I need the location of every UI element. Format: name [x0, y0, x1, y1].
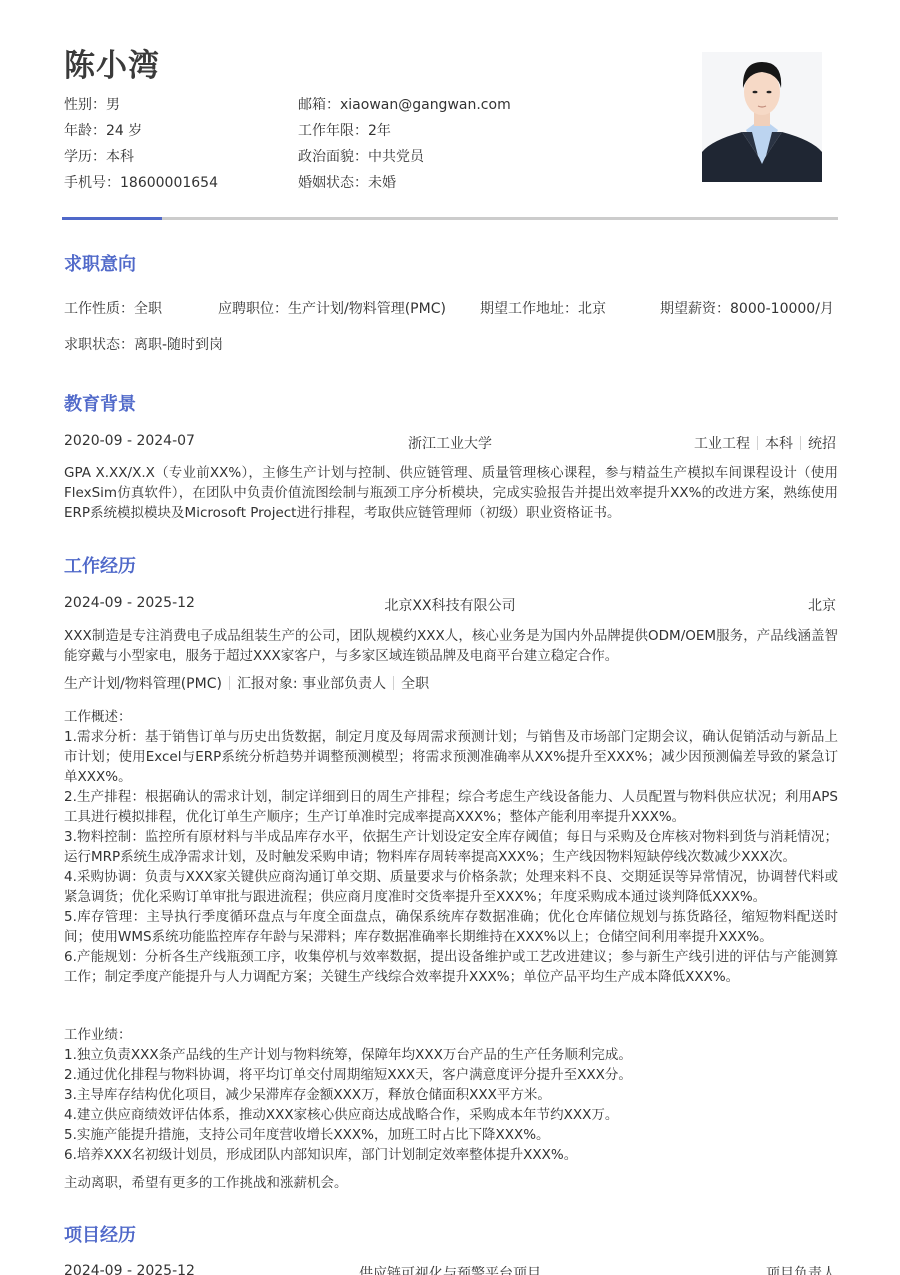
overview-title: 工作概述：: [64, 707, 838, 727]
achievements-title: 工作业绩：: [64, 1025, 838, 1045]
info-email: 邮箱：xiaowan@gangwan.com: [298, 92, 511, 118]
intent-location: 期望工作地址：北京: [480, 298, 606, 318]
info-political: 政治面貌：中共党员: [298, 144, 511, 170]
work-report-to: 汇报对象: 事业部负责人: [237, 676, 386, 692]
overview-item: 6.产能规划：分析各生产线瓶颈工序，收集停机与效率数据，提出设备维护或工艺改进建…: [64, 947, 838, 987]
profile-photo: [702, 52, 822, 182]
intent-salary: 期望薪资：8000-10000/月: [660, 298, 834, 318]
section-title-work: 工作经历: [64, 552, 136, 578]
header-divider: [62, 217, 838, 220]
overview-item: 2.生产排程：根据确认的需求计划，制定详细到日的周生产排程；综合考虑生产线设备能…: [64, 787, 838, 827]
education-header-row: 2020-09 - 2024-07 浙江工业大学 工业工程本科统招: [64, 433, 836, 453]
basic-info-right: 邮箱：xiaowan@gangwan.com 工作年限：2年 政治面貌：中共党员…: [298, 92, 511, 196]
project-header-row: 2024-09 - 2025-12 供应链可视化与预警平台项目 项目负责人: [64, 1263, 836, 1275]
work-overview: 工作概述： 1.需求分析：基于销售订单与历史出货数据，制定月度及每周需求预测计划…: [64, 707, 838, 987]
separator: [393, 676, 394, 690]
separator: [800, 436, 801, 450]
project-name: 供应链可视化与预警平台项目: [64, 1263, 836, 1275]
overview-item: 5.库存管理：主导执行季度循环盘点与年度全面盘点，确保系统库存数据准确；优化仓库…: [64, 907, 838, 947]
overview-item: 1.需求分析：基于销售订单与历史出货数据，制定月度及每周需求预测计划；与销售及市…: [64, 727, 838, 787]
leave-reason: 主动离职，希望有更多的工作挑战和涨薪机会。: [64, 1173, 838, 1193]
basic-info-left: 性别：男 年龄：24 岁 学历：本科 手机号：18600001654: [64, 92, 218, 196]
intent-position: 应聘职位：生产计划/物料管理(PMC): [218, 298, 446, 318]
education-description: GPA X.XX/X.X（专业前XX%），主修生产计划与控制、供应链管理、质量管…: [64, 463, 838, 523]
info-phone: 手机号：18600001654: [64, 170, 218, 196]
section-title-job-intent: 求职意向: [64, 250, 136, 276]
section-title-education: 教育背景: [64, 390, 136, 416]
work-achievements: 工作业绩： 1.独立负责XXX条产品线的生产计划与物料统筹，保障年均XXX万台产…: [64, 1025, 838, 1165]
info-age: 年龄：24 岁: [64, 118, 218, 144]
achievement-item: 5.实施产能提升措施，支持公司年度营收增长XXX%，加班工时占比下降XXX%。: [64, 1125, 838, 1145]
intent-job-type: 工作性质：全职: [64, 298, 162, 318]
work-city: 北京: [808, 595, 836, 615]
education-degree: 本科: [765, 436, 793, 452]
info-gender: 性别：男: [64, 92, 218, 118]
person-portrait-icon: [702, 52, 822, 182]
achievement-item: 4.建立供应商绩效评估体系，推动XXX家核心供应商达成战略合作，采购成本年节约X…: [64, 1105, 838, 1125]
info-marital: 婚姻状态：未婚: [298, 170, 511, 196]
achievement-item: 3.主导库存结构优化项目，减少呆滞库存金额XXX万，释放仓储面积XXX平方米。: [64, 1085, 838, 1105]
achievement-item: 2.通过优化排程与物料协调，将平均订单交付周期缩短XXX天，客户满意度评分提升至…: [64, 1065, 838, 1085]
separator: [229, 676, 230, 690]
intent-status: 求职状态：离职-随时到岗: [64, 334, 223, 354]
overview-item: 4.采购协调：负责与XXX家关键供应商沟通订单交期、质量要求与价格条款；处理来料…: [64, 867, 838, 907]
education-type: 统招: [808, 436, 836, 452]
project-role: 项目负责人: [766, 1263, 836, 1275]
overview-item: 3.物料控制：监控所有原材料与半成品库存水平，依据生产计划设定安全库存阈值；每日…: [64, 827, 838, 867]
candidate-name: 陈小湾: [64, 40, 160, 85]
separator: [757, 436, 758, 450]
work-job-type: 全职: [401, 676, 429, 692]
info-work-years: 工作年限：2年: [298, 118, 511, 144]
work-header-row: 2024-09 - 2025-12 北京XX科技有限公司 北京: [64, 595, 836, 615]
education-major: 工业工程: [694, 436, 750, 452]
achievement-item: 6.培养XXX名初级计划员，形成团队内部知识库，部门计划制定效率整体提升XXX%…: [64, 1145, 838, 1165]
education-meta: 工业工程本科统招: [694, 433, 836, 453]
divider-accent: [62, 217, 162, 220]
work-position: 生产计划/物料管理(PMC): [64, 676, 222, 692]
achievement-item: 1.独立负责XXX条产品线的生产计划与物料统筹，保障年均XXX万台产品的生产任务…: [64, 1045, 838, 1065]
company-intro: XXX制造是专注消费电子成品组装生产的公司，团队规模约XXX人，核心业务是为国内…: [64, 626, 838, 666]
section-title-project: 项目经历: [64, 1221, 136, 1247]
work-company: 北京XX科技有限公司: [64, 595, 836, 615]
info-education: 学历：本科: [64, 144, 218, 170]
work-tags: 生产计划/物料管理(PMC)汇报对象: 事业部负责人全职: [64, 673, 429, 693]
